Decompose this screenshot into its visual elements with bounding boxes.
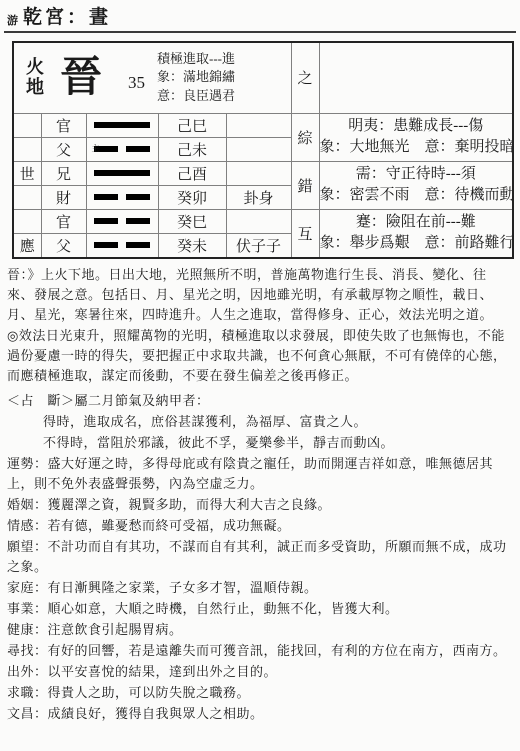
yao-line xyxy=(94,170,150,176)
line-relative: 財 xyxy=(41,185,86,209)
najia-stem: 癸卯 xyxy=(158,185,226,209)
hexagram-table: 火 地 晉 35 積極進取---進 象：滿地錦繡 意：良臣遇君 之 官 xyxy=(12,41,514,259)
yao-line xyxy=(94,218,150,224)
trigram-pair: 火 地 xyxy=(26,58,44,98)
divination-favorable: 得時，進取成名，庶俗甚謀獲利，為福厚、富貴之人。 xyxy=(7,412,513,432)
line-note xyxy=(226,209,291,233)
najia-stem: 己巳 xyxy=(158,113,226,137)
line-note xyxy=(226,161,291,185)
yao-line xyxy=(94,194,150,200)
body-text: 晉：》上火下地。日出大地，光照無所不明，普施萬物進行生長、消長、變化、往來、發展… xyxy=(7,265,513,724)
change-target-cell xyxy=(319,42,513,114)
zhi-label: 之 xyxy=(291,42,319,114)
palace-title: 乾宮：晝 xyxy=(23,8,111,29)
yao-line-cell xyxy=(86,161,158,185)
relation-line1: 明夷：患難成長---傷 xyxy=(320,116,513,138)
najia-stem: 己未 xyxy=(158,137,226,161)
line-position: 應 xyxy=(13,233,41,258)
line-position: 世 xyxy=(13,161,41,185)
hexagram-motto: 積極進取---進 xyxy=(157,50,235,69)
yao-line-cell xyxy=(86,113,158,137)
relation-label-cuo: 錯 xyxy=(291,161,319,209)
hexagram-image-line: 象：滿地錦繡 xyxy=(157,68,235,87)
relation-label-zong: 綜 xyxy=(291,113,319,161)
line-relative: 官 xyxy=(41,209,86,233)
hexagram-meaning-line: 意：良臣遇君 xyxy=(157,87,235,106)
line-note: 伏子子 xyxy=(226,233,291,258)
section-career: 事業：順心如意，大順之時機，自然行止，動無不化，皆獲大利。 xyxy=(7,599,513,619)
hexagram-summary-block: 積極進取---進 象：滿地錦繡 意：良臣遇君 xyxy=(157,50,235,107)
line-relative: 官 xyxy=(41,113,86,137)
section-job: 求職：得貴人之助，可以防失脫之職務。 xyxy=(7,683,513,703)
divination-heading: ＜占 斷＞屬二月節氣及納甲者： xyxy=(7,391,513,411)
line-row-4: 世 兄 己酉 錯 需：守正待時---須 象：密雲不雨 意：待機而動 xyxy=(13,161,513,185)
najia-stem: 己酉 xyxy=(158,161,226,185)
relation-line2: 象：大地無光 意：棄明投暗 xyxy=(320,137,513,159)
relation-text-cuo: 需：守正待時---須 象：密雲不雨 意：待機而動 xyxy=(319,161,513,209)
relation-line2: 象：舉步爲艱 意：前路難行 xyxy=(320,233,513,255)
hexagram-name: 晉 xyxy=(60,57,102,99)
ruler-marker: 主 xyxy=(92,145,100,153)
section-health: 健康：注意飲食引起腸胃病。 xyxy=(7,620,513,640)
line-note xyxy=(226,137,291,161)
line-relative: 父 xyxy=(41,137,86,161)
line-position xyxy=(13,185,41,209)
section-wish: 願望：不計功而自有其功，不謀而自有其利，誠正而多受資助，所願而無不成，成功之象。 xyxy=(7,537,513,577)
divination-unfavorable: 不得時，當阻於邪議，彼此不孚，憂樂參半，靜吉而動凶。 xyxy=(7,433,513,453)
advice-paragraph: ◎效法日光東升，照耀萬物的光明，積極進取以求發展，即使失敗了也無悔也，不能過份憂… xyxy=(7,326,513,386)
najia-stem: 癸巳 xyxy=(158,209,226,233)
line-note: 卦身 xyxy=(226,185,291,209)
yao-line-cell xyxy=(86,185,158,209)
hexagram-number: 35 xyxy=(128,73,145,93)
line-row-6: 官 己巳 綜 明夷：患難成長---傷 象：大地無光 意：棄明投暗 xyxy=(13,113,513,137)
section-fortune: 運勢：盛大好運之時，多得母庇或有陰貴之寵任，助而開運吉祥如意，唯無德居其上，則不… xyxy=(7,454,513,494)
relation-line1: 蹇：險阻在前---難 xyxy=(320,212,513,234)
section-marriage: 婚姻：獲麗澤之資，親賢多助，而得大利大吉之良緣。 xyxy=(7,495,513,515)
page: 游 乾宮：晝 火 地 晉 35 積極進取---進 象：滿地錦繡 xyxy=(0,0,520,751)
line-position xyxy=(13,209,41,233)
soul-type-label: 游 xyxy=(7,12,18,28)
relation-text-zong: 明夷：患難成長---傷 象：大地無光 意：棄明投暗 xyxy=(319,113,513,161)
relation-line2: 象：密雲不雨 意：待機而動 xyxy=(320,185,513,207)
hexagram-header-cell: 火 地 晉 35 積極進取---進 象：滿地錦繡 意：良臣遇君 xyxy=(13,42,291,114)
yao-line xyxy=(94,122,150,128)
line-position xyxy=(13,113,41,137)
section-search: 尋找：有好的回響，若是遠離失而可獲音訊，能找回，有利的方位在南方，西南方。 xyxy=(7,641,513,661)
line-note xyxy=(226,113,291,137)
line-relative: 兄 xyxy=(41,161,86,185)
yao-line-cell xyxy=(86,209,158,233)
relation-text-hu: 蹇：險阻在前---難 象：舉步爲艱 意：前路難行 xyxy=(319,209,513,258)
relation-line1: 需：守正待時---須 xyxy=(320,164,513,186)
yao-line xyxy=(94,146,150,152)
najia-stem: 癸未 xyxy=(158,233,226,258)
yao-line-cell xyxy=(86,233,158,258)
section-love: 情感：若有德，雖憂愁而終可受福，成功無礙。 xyxy=(7,516,513,536)
relation-label-hu: 互 xyxy=(291,209,319,258)
section-family: 家庭：有日漸興隆之家業，子女多才智，溫順侍親。 xyxy=(7,578,513,598)
section-travel: 出外：以平安喜悅的結果，達到出外之目的。 xyxy=(7,662,513,682)
section-study: 文昌：成績良好，獲得自我與眾人之相助。 xyxy=(7,704,513,724)
lower-trigram-char: 地 xyxy=(26,78,44,98)
page-header: 游 乾宮：晝 xyxy=(4,8,516,33)
hexagram-header-row: 火 地 晉 35 積極進取---進 象：滿地錦繡 意：良臣遇君 之 xyxy=(13,42,513,114)
yao-line xyxy=(94,242,150,248)
upper-trigram-char: 火 xyxy=(26,58,44,78)
line-row-2: 官 癸巳 互 蹇：險阻在前---難 象：舉步爲艱 意：前路難行 xyxy=(13,209,513,233)
line-position xyxy=(13,137,41,161)
line-relative: 父 xyxy=(41,233,86,258)
yao-line-cell: 主 xyxy=(86,137,158,161)
overview-paragraph: 晉：》上火下地。日出大地，光照無所不明，普施萬物進行生長、消長、變化、往來、發展… xyxy=(7,265,513,325)
